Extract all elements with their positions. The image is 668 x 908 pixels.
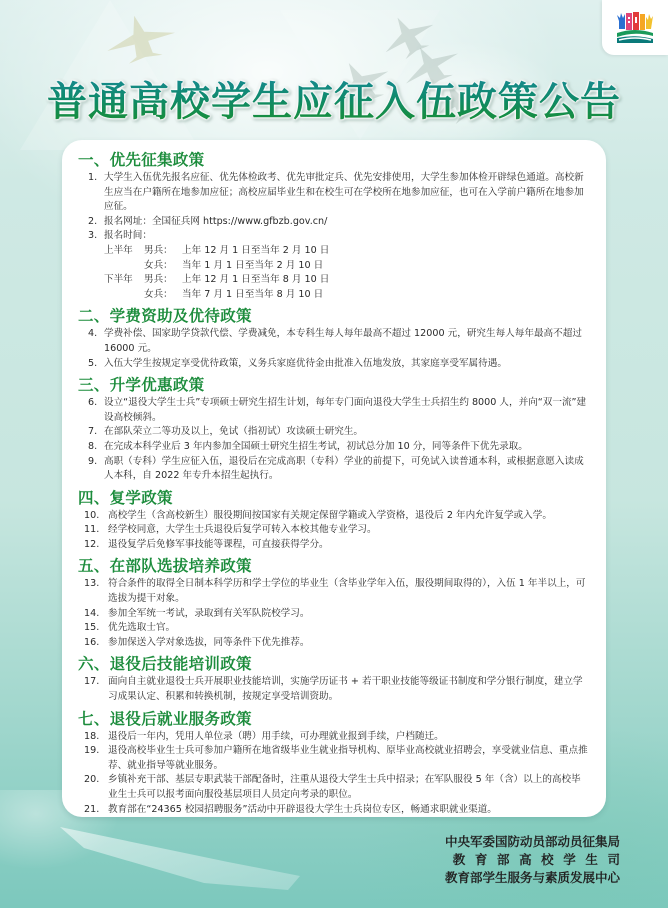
item-text: 学费补偿、国家助学贷款代偿、学费减免，本专科生每人每年最高不超过 12000 元… bbox=[104, 327, 588, 356]
schedule-row: 女兵： 当年 7 月 1 日至当年 8 月 10 日 bbox=[86, 288, 588, 303]
schedule-period: 上年 12 月 1 日至当年 2 月 10 日 bbox=[182, 244, 329, 259]
section-skills-training: 六、退役后技能培训政策 17. 面向自主就业退役士兵开展职业技能培训，实施学历证… bbox=[86, 654, 588, 704]
schedule-row: 下半年 男兵： 上年 12 月 1 日至当年 8 月 10 日 bbox=[86, 273, 588, 288]
item-text: 报名时间： bbox=[104, 229, 588, 244]
item-text: 设立“退役大学生士兵”专项硕士研究生招生计划，每年专门面向退役大学生士兵招生约 … bbox=[104, 396, 588, 425]
item-number: 18. bbox=[84, 730, 99, 745]
schedule-who: 男兵： bbox=[144, 273, 182, 288]
schedule-half bbox=[104, 288, 144, 303]
policy-item: 1. 大学生入伍优先报名应征、优先体检政考、优先审批定兵、优先安排使用，大学生参… bbox=[86, 171, 588, 215]
policy-item: 10. 高校学生（含高校新生）服役期间按国家有关规定保留学籍或入学资格，退役后 … bbox=[86, 509, 588, 524]
schedule-row: 上半年 男兵： 上年 12 月 1 日至当年 2 月 10 日 bbox=[86, 244, 588, 259]
schedule-who: 男兵： bbox=[144, 244, 182, 259]
section-heading: 一、优先征集政策 bbox=[78, 150, 588, 170]
item-text: 符合条件的取得全日制本科学历和学士学位的毕业生（含毕业学年入伍，服役期间取得的）… bbox=[108, 577, 588, 606]
item-text: 高校学生（含高校新生）服役期间按国家有关规定保留学籍或入学资格，退役后 2 年内… bbox=[108, 509, 588, 524]
section-priority-enlistment: 一、优先征集政策 1. 大学生入伍优先报名应征、优先体检政考、优先审批定兵、优先… bbox=[86, 150, 588, 302]
item-text: 退役复学后免修军事技能等课程，可直接获得学分。 bbox=[108, 538, 588, 553]
section-heading: 二、学费资助及优待政策 bbox=[78, 306, 588, 326]
section-heading: 四、复学政策 bbox=[78, 488, 588, 508]
item-text: 乡镇补充干部、基层专职武装干部配备时，注重从退役大学生士兵中招录；在军队服役 5… bbox=[108, 773, 588, 802]
item-text: 退役后一年内，凭用人单位录（聘）用手续，可办理就业报到手续，户档随迁。 bbox=[108, 730, 588, 745]
section-further-study: 三、升学优惠政策 6. 设立“退役大学生士兵”专项硕士研究生招生计划，每年专门面… bbox=[86, 375, 588, 484]
section-employment-services: 七、退役后就业服务政策 18. 退役后一年内，凭用人单位录（聘）用手续，可办理就… bbox=[86, 709, 588, 818]
item-number: 3. bbox=[88, 229, 97, 244]
item-number: 4. bbox=[88, 327, 97, 342]
schedule-who: 女兵： bbox=[144, 259, 182, 274]
item-number: 20. bbox=[84, 773, 99, 788]
policy-item: 7. 在部队荣立二等功及以上，免试（指初试）攻读硕士研究生。 bbox=[86, 425, 588, 440]
item-number: 12. bbox=[84, 538, 99, 553]
item-number: 21. bbox=[84, 803, 99, 818]
policy-item: 5. 入伍大学生按规定享受优待政策，义务兵家庭优待金由批准入伍地发放，其家庭享受… bbox=[86, 357, 588, 372]
schedule-half: 下半年 bbox=[104, 273, 144, 288]
page-title: 普通高校学生应征入伍政策公告 bbox=[0, 70, 668, 127]
item-number: 6. bbox=[88, 396, 97, 411]
item-number: 10. bbox=[84, 509, 99, 524]
item-number: 11. bbox=[84, 523, 99, 538]
item-text: 经学校同意，大学生士兵退役后复学可转入本校其他专业学习。 bbox=[108, 523, 588, 538]
item-number: 13. bbox=[84, 577, 99, 592]
section-heading: 五、在部队选拔培养政策 bbox=[78, 556, 588, 576]
policy-item: 15. 优先选取士官。 bbox=[86, 621, 588, 636]
item-text: 高职（专科）学生应征入伍，退役后在完成高职（专科）学业的前提下，可免试入读普通本… bbox=[104, 455, 588, 484]
aircraft-carrier-image bbox=[60, 820, 300, 890]
policy-item: 11. 经学校同意，大学生士兵退役后复学可转入本校其他专业学习。 bbox=[86, 523, 588, 538]
item-number: 19. bbox=[84, 744, 99, 759]
policy-item: 16. 参加保送入学对象选拔，同等条件下优先推荐。 bbox=[86, 636, 588, 651]
item-number: 14. bbox=[84, 607, 99, 622]
issuer-block: 中央军委国防动员部动员征集局 教育部高校学生司 教育部学生服务与素质发展中心 bbox=[445, 833, 620, 887]
issuer-line: 教育部学生服务与素质发展中心 bbox=[445, 869, 620, 887]
fighter-jet-image bbox=[374, 4, 442, 66]
policy-item: 12. 退役复学后免修军事技能等课程，可直接获得学分。 bbox=[86, 538, 588, 553]
item-text: 在完成本科学业后 3 年内参加全国硕士研究生招生考试，初试总分加 10 分，同等… bbox=[104, 440, 588, 455]
policy-item: 19. 退役高校毕业生士兵可参加户籍所在地省级毕业生就业指导机构、原毕业高校就业… bbox=[86, 744, 588, 773]
item-text: 报名网址：全国征兵网 https://www.gfbzb.gov.cn/ bbox=[104, 215, 588, 230]
issuer-line: 教育部高校学生司 bbox=[445, 851, 630, 869]
item-text: 在部队荣立二等功及以上，免试（指初试）攻读硕士研究生。 bbox=[104, 425, 588, 440]
logo-badge bbox=[602, 0, 668, 55]
schedule-period: 当年 1 月 1 日至当年 2 月 10 日 bbox=[182, 259, 323, 274]
policy-item: 8. 在完成本科学业后 3 年内参加全国硕士研究生招生考试，初试总分加 10 分… bbox=[86, 440, 588, 455]
issuer-line: 中央军委国防动员部动员征集局 bbox=[445, 833, 620, 851]
item-text: 优先选取士官。 bbox=[108, 621, 588, 636]
item-number: 9. bbox=[88, 455, 97, 470]
item-text: 面向自主就业退役士兵开展职业技能培训，实施学历证书 + 若干职业技能等级证书制度… bbox=[108, 675, 588, 704]
section-tuition-aid: 二、学费资助及优待政策 4. 学费补偿、国家助学贷款代偿、学费减免，本专科生每人… bbox=[86, 306, 588, 371]
policy-item: 3. 报名时间： bbox=[86, 229, 588, 244]
item-number: 5. bbox=[88, 357, 97, 372]
item-text: 参加保送入学对象选拔，同等条件下优先推荐。 bbox=[108, 636, 588, 651]
item-number: 15. bbox=[84, 621, 99, 636]
policy-item: 14. 参加全军统一考试，录取到有关军队院校学习。 bbox=[86, 607, 588, 622]
schedule-period: 当年 7 月 1 日至当年 8 月 10 日 bbox=[182, 288, 323, 303]
schedule-who: 女兵： bbox=[144, 288, 182, 303]
section-heading: 六、退役后技能培训政策 bbox=[78, 654, 588, 674]
item-text: 入伍大学生按规定享受优待政策，义务兵家庭优待金由批准入伍地发放，其家庭享受军属待… bbox=[104, 357, 588, 372]
schedule-half: 上半年 bbox=[104, 244, 144, 259]
item-text: 大学生入伍优先报名应征、优先体检政考、优先审批定兵、优先安排使用，大学生参加体检… bbox=[104, 171, 588, 215]
policy-item: 4. 学费补偿、国家助学贷款代偿、学费减免，本专科生每人每年最高不超过 1200… bbox=[86, 327, 588, 356]
policy-item: 20. 乡镇补充干部、基层专职武装干部配备时，注重从退役大学生士兵中招录；在军队… bbox=[86, 773, 588, 802]
fighter-jet-image bbox=[100, 7, 179, 69]
schedule-period: 上年 12 月 1 日至当年 8 月 10 日 bbox=[182, 273, 329, 288]
section-heading: 七、退役后就业服务政策 bbox=[78, 709, 588, 729]
policy-item: 13. 符合条件的取得全日制本科学历和学士学位的毕业生（含毕业学年入伍，服役期间… bbox=[86, 577, 588, 606]
policy-item: 21. 教育部在“24365 校园招聘服务”活动中开辟退役大学生士兵岗位专区，畅… bbox=[86, 803, 588, 818]
item-number: 17. bbox=[84, 675, 99, 690]
item-number: 8. bbox=[88, 440, 97, 455]
item-number: 2. bbox=[88, 215, 97, 230]
section-in-service-selection: 五、在部队选拔培养政策 13. 符合条件的取得全日制本科学历和学士学位的毕业生（… bbox=[86, 556, 588, 650]
item-text: 参加全军统一考试，录取到有关军队院校学习。 bbox=[108, 607, 588, 622]
policy-item: 18. 退役后一年内，凭用人单位录（聘）用手续，可办理就业报到手续，户档随迁。 bbox=[86, 730, 588, 745]
policy-item: 2. 报名网址：全国征兵网 https://www.gfbzb.gov.cn/ bbox=[86, 215, 588, 230]
section-heading: 三、升学优惠政策 bbox=[78, 375, 588, 395]
item-number: 1. bbox=[88, 171, 97, 186]
schedule-half bbox=[104, 259, 144, 274]
item-text: 教育部在“24365 校园招聘服务”活动中开辟退役大学生士兵岗位专区，畅通求职就… bbox=[108, 803, 588, 818]
policy-item: 6. 设立“退役大学生士兵”专项硕士研究生招生计划，每年专门面向退役大学生士兵招… bbox=[86, 396, 588, 425]
recruitment-logo-icon bbox=[613, 9, 657, 47]
schedule-row: 女兵： 当年 1 月 1 日至当年 2 月 10 日 bbox=[86, 259, 588, 274]
item-number: 16. bbox=[84, 636, 99, 651]
section-resume-study: 四、复学政策 10. 高校学生（含高校新生）服役期间按国家有关规定保留学籍或入学… bbox=[86, 488, 588, 553]
policy-item: 17. 面向自主就业退役士兵开展职业技能培训，实施学历证书 + 若干职业技能等级… bbox=[86, 675, 588, 704]
item-number: 7. bbox=[88, 425, 97, 440]
policy-item: 9. 高职（专科）学生应征入伍，退役后在完成高职（专科）学业的前提下，可免试入读… bbox=[86, 455, 588, 484]
policy-card: 一、优先征集政策 1. 大学生入伍优先报名应征、优先体检政考、优先审批定兵、优先… bbox=[62, 140, 606, 817]
item-text: 退役高校毕业生士兵可参加户籍所在地省级毕业生就业指导机构、原毕业高校就业招聘会，… bbox=[108, 744, 588, 773]
